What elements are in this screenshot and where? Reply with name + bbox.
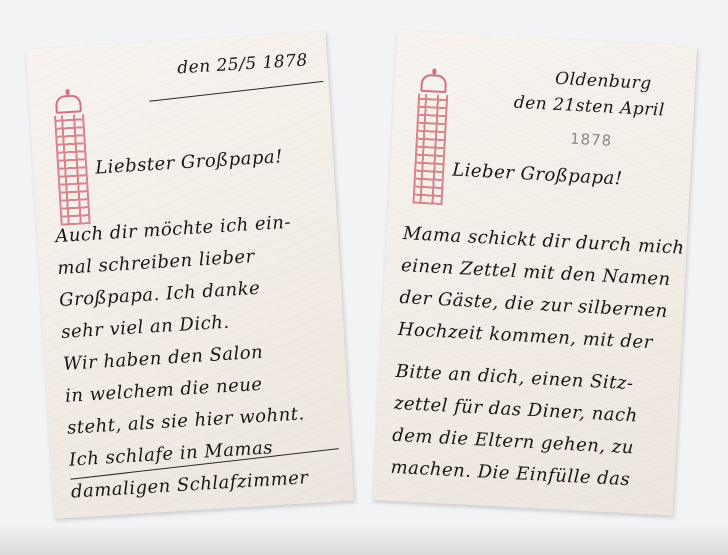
- cipher-icon: [54, 114, 91, 226]
- letter-right: Oldenburg den 21sten April 1878 Lieber G…: [373, 30, 697, 515]
- crown-icon: [420, 74, 447, 93]
- crown-icon: [55, 94, 82, 114]
- cipher-icon: [412, 94, 448, 205]
- archive-year-note: 1878: [570, 130, 613, 150]
- scanner-bed-shadow: [0, 525, 728, 555]
- letter-left: den 25/5 1878 Liebster Großpapa! Auch di…: [26, 31, 354, 518]
